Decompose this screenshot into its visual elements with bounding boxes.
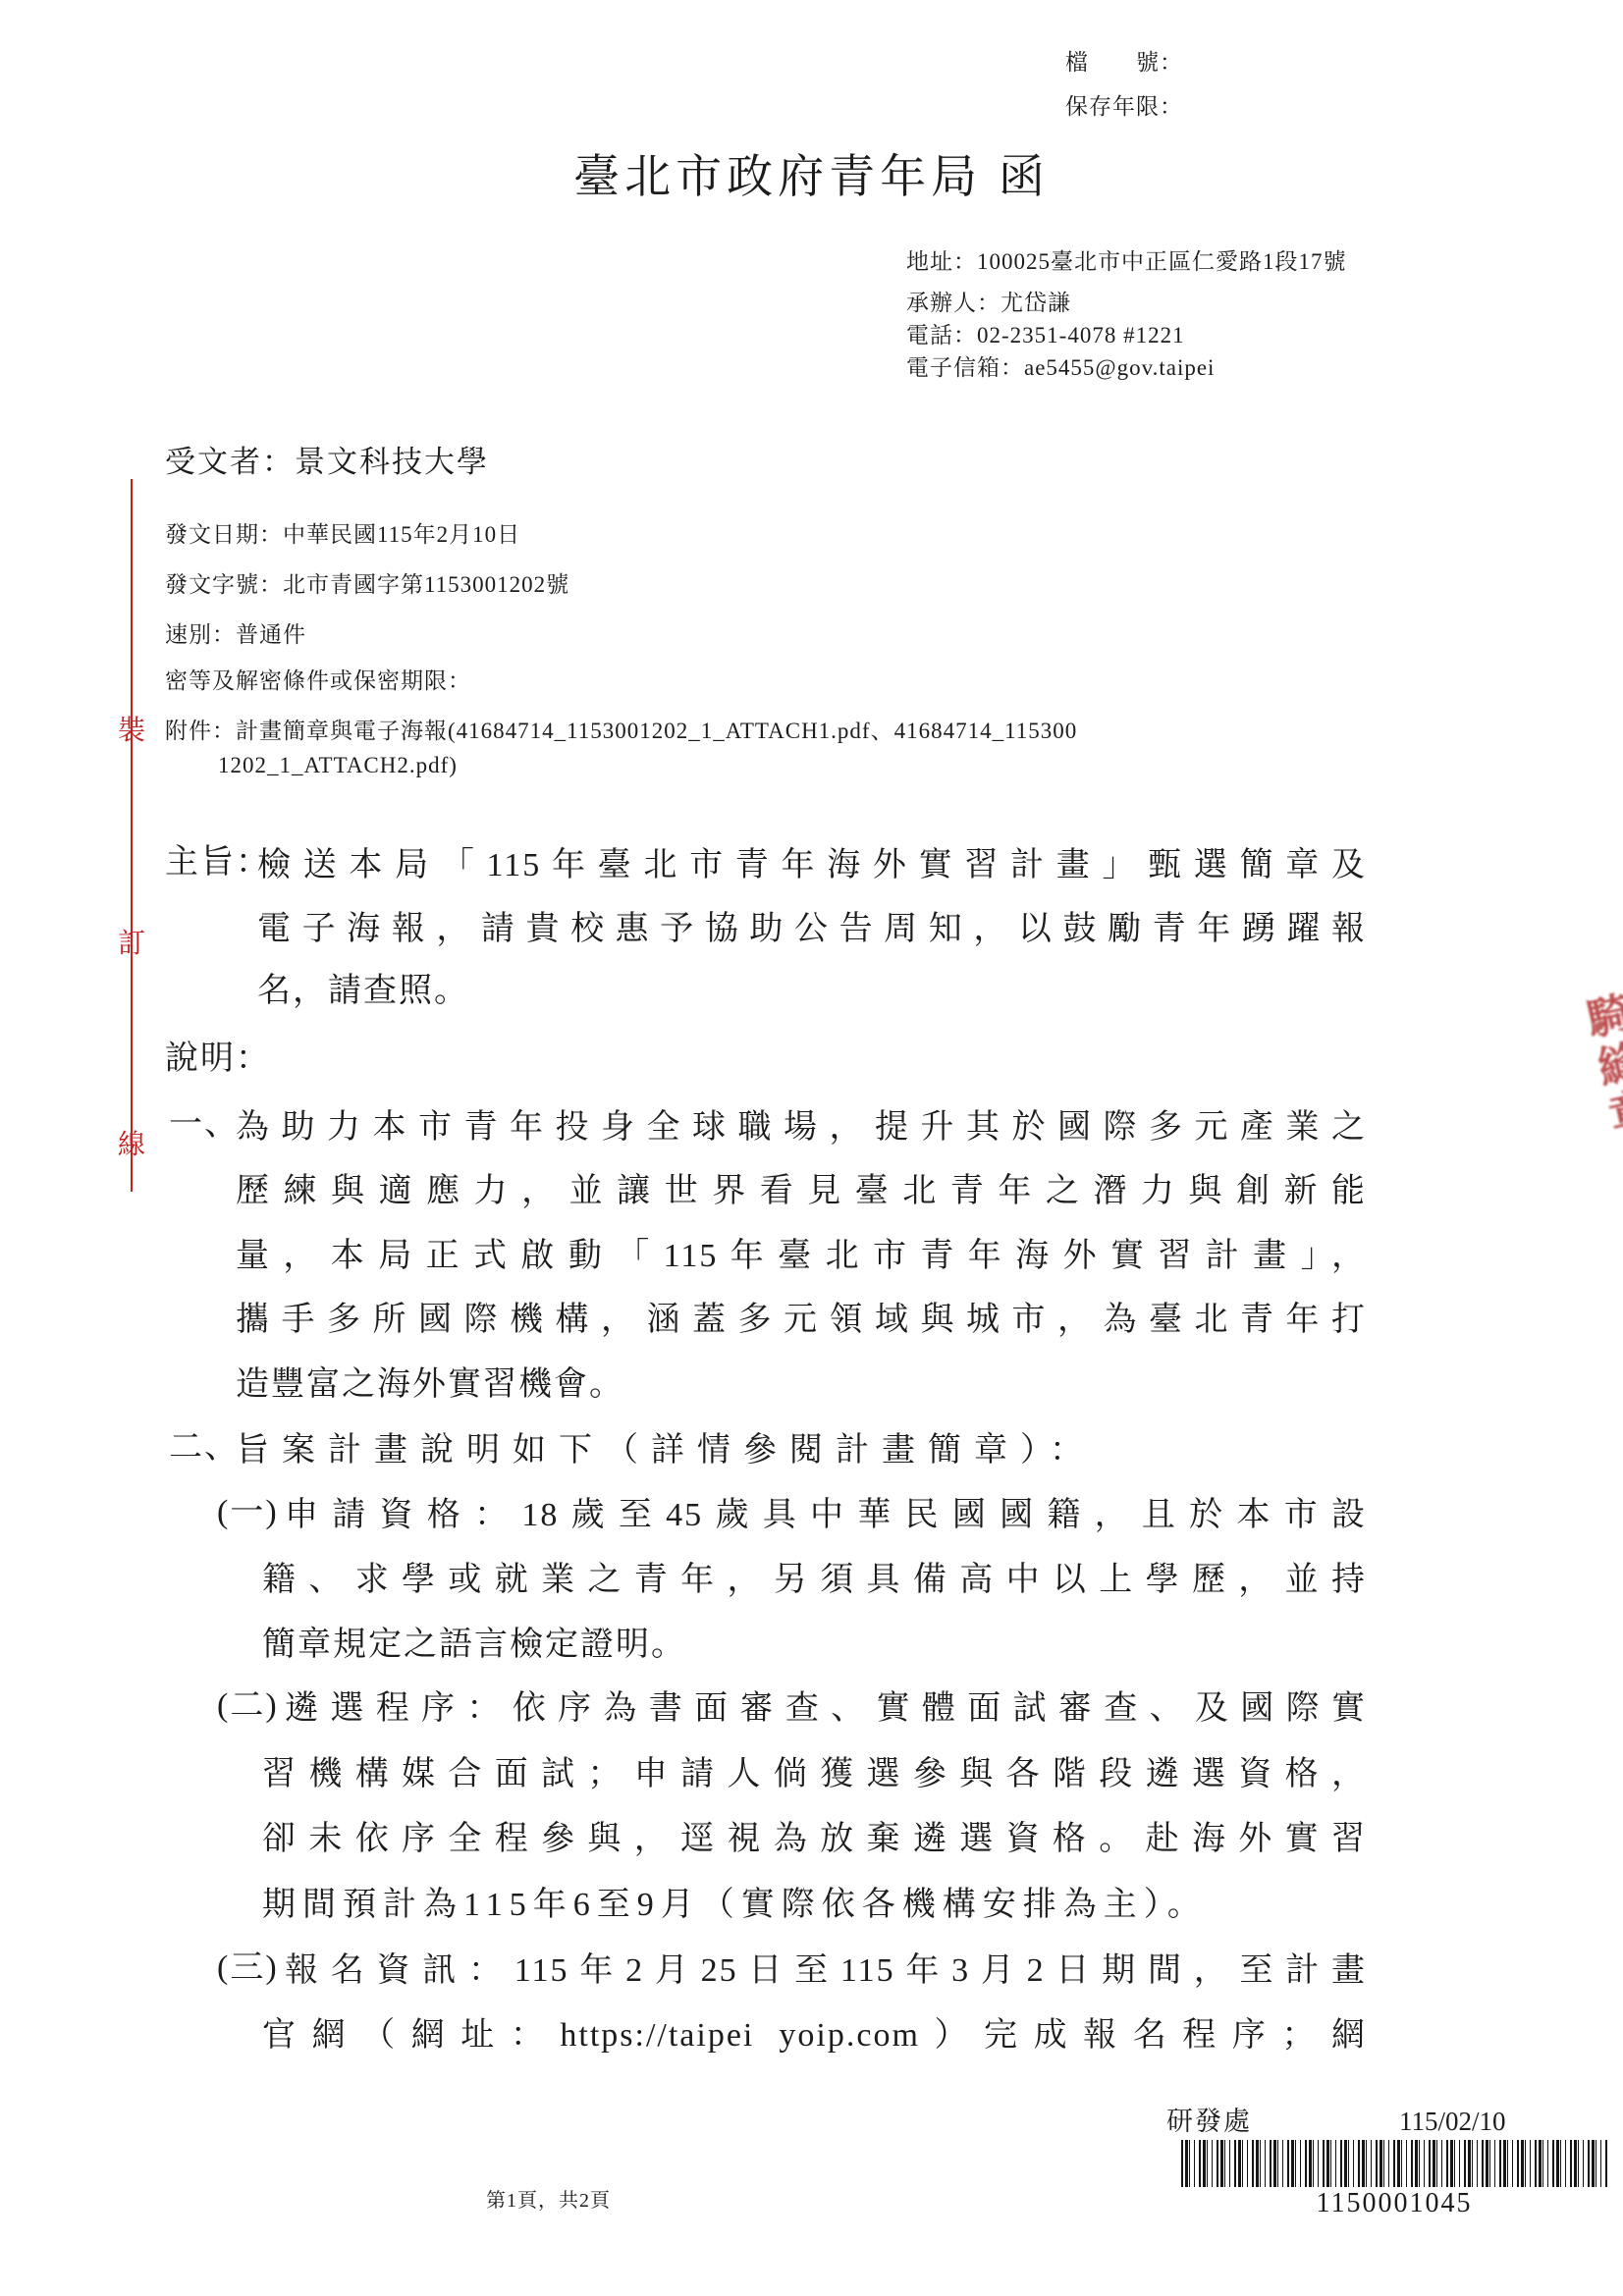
explanation-label: 說明： (165, 1042, 271, 1076)
contact-person: 承辦人：尤岱謙 (906, 292, 1071, 314)
item-3-num: (三) (217, 1951, 279, 1985)
file-number-label: 檔 號： (1065, 51, 1183, 74)
footer-date: 115/02/10 (1399, 2109, 1506, 2135)
meta-security: 密等及解密條件或保密期限： (165, 669, 471, 692)
binding-char-xian: 線 (104, 1132, 159, 1159)
item-2-line: 期間預計為115年6至9月（實際依各機構安排為主）。 (262, 1884, 1367, 1927)
doc-title: 臺北市政府青年局 函 (0, 155, 1623, 201)
item-1-num: (一) (217, 1496, 279, 1529)
recipient: 受文者：景文科技大學 (165, 447, 489, 477)
contact-email: 電子信箱：ae5455@gov.taipei (906, 356, 1215, 379)
subject-label: 主旨： (165, 846, 271, 880)
section-1-num: 一、 (169, 1108, 240, 1142)
item-2-line: 卻未依序全程參與，逕視為放棄遴選資格。赴海外實習 (262, 1818, 1367, 1861)
seam-stamp: 騎縫章 (1515, 988, 1623, 1157)
meta-attachment-line2: 1202_1_ATTACH2.pdf) (218, 754, 458, 776)
meta-date: 發文日期：中華民國115年2月10日 (165, 523, 520, 546)
document-page: 檔 號： 保存年限： 臺北市政府青年局 函 地址：100025臺北市中正區仁愛路… (0, 0, 1623, 2296)
section-2-line: 旨案計畫說明如下（詳情參閱計畫簡章）： (236, 1429, 1367, 1472)
meta-speed: 速別：普通件 (165, 623, 306, 646)
meta-number: 發文字號：北市青國字第1153001202號 (165, 573, 569, 596)
subject-line: 電子海報，請貴校惠予協助公告周知，以鼓勵青年踴躍報 (257, 908, 1367, 951)
section-1-line: 歷練與適應力，並讓世界看見臺北青年之潛力與創新能 (236, 1170, 1367, 1213)
footer-department: 研發處 (1166, 2109, 1252, 2135)
item-1-line: 籍、求學或就業之青年，另須具備高中以上學歷，並持 (262, 1559, 1367, 1602)
section-1-line: 量，本局正式啟動「115年臺北市青年海外實習計畫」， (236, 1235, 1367, 1278)
section-1-line: 攜手多所國際機構，涵蓋多元領域與城市，為臺北青年打 (236, 1299, 1367, 1342)
item-2-line: 遴選程序：依序為書面審查、實體面試審查、及國際實 (285, 1687, 1367, 1731)
binding-char-ding: 訂 (104, 931, 159, 958)
item-3-line: 報名資訊：115年2月25日至115年3月2日期間，至計畫 (285, 1949, 1367, 1993)
barcode-number: 1150001045 (1181, 2190, 1607, 2217)
section-1-line: 造豐富之海外實習機會。 (236, 1363, 1367, 1407)
meta-attachment-line1: 附件：計畫簡章與電子海報(41684714_1153001202_1_ATTAC… (165, 720, 1077, 742)
subject-line: 名，請查照。 (257, 970, 1367, 1013)
contact-phone: 電話：02-2351-4078 #1221 (906, 324, 1185, 347)
contact-address: 地址：100025臺北市中正區仁愛路1段17號 (906, 250, 1347, 273)
subject-line: 檢送本局「115年臺北市青年海外實習計畫」甄選簡章及 (257, 844, 1367, 887)
retention-label: 保存年限： (1065, 95, 1183, 118)
section-1-line: 為助力本市青年投身全球職場，提升其於國際多元產業之 (236, 1106, 1367, 1149)
binding-char-zhuang: 裝 (104, 718, 159, 745)
section-2-num: 二、 (169, 1431, 240, 1465)
barcode (1181, 2140, 1607, 2187)
item-1-line: 申請資格：18歲至45歲具中華民國國籍，且於本市設 (285, 1494, 1367, 1537)
item-2-line: 習機構媒合面試；申請人倘獲選參與各階段遴選資格， (262, 1753, 1367, 1796)
page-number: 第1頁，共2頁 (486, 2191, 611, 2211)
item-2-num: (二) (217, 1689, 279, 1723)
item-3-line: 官網（網址：https://taipei yoip.com）完成報名程序；網 (262, 2014, 1367, 2057)
binding-line (131, 479, 133, 1192)
item-1-line: 簡章規定之語言檢定證明。 (262, 1624, 1367, 1667)
